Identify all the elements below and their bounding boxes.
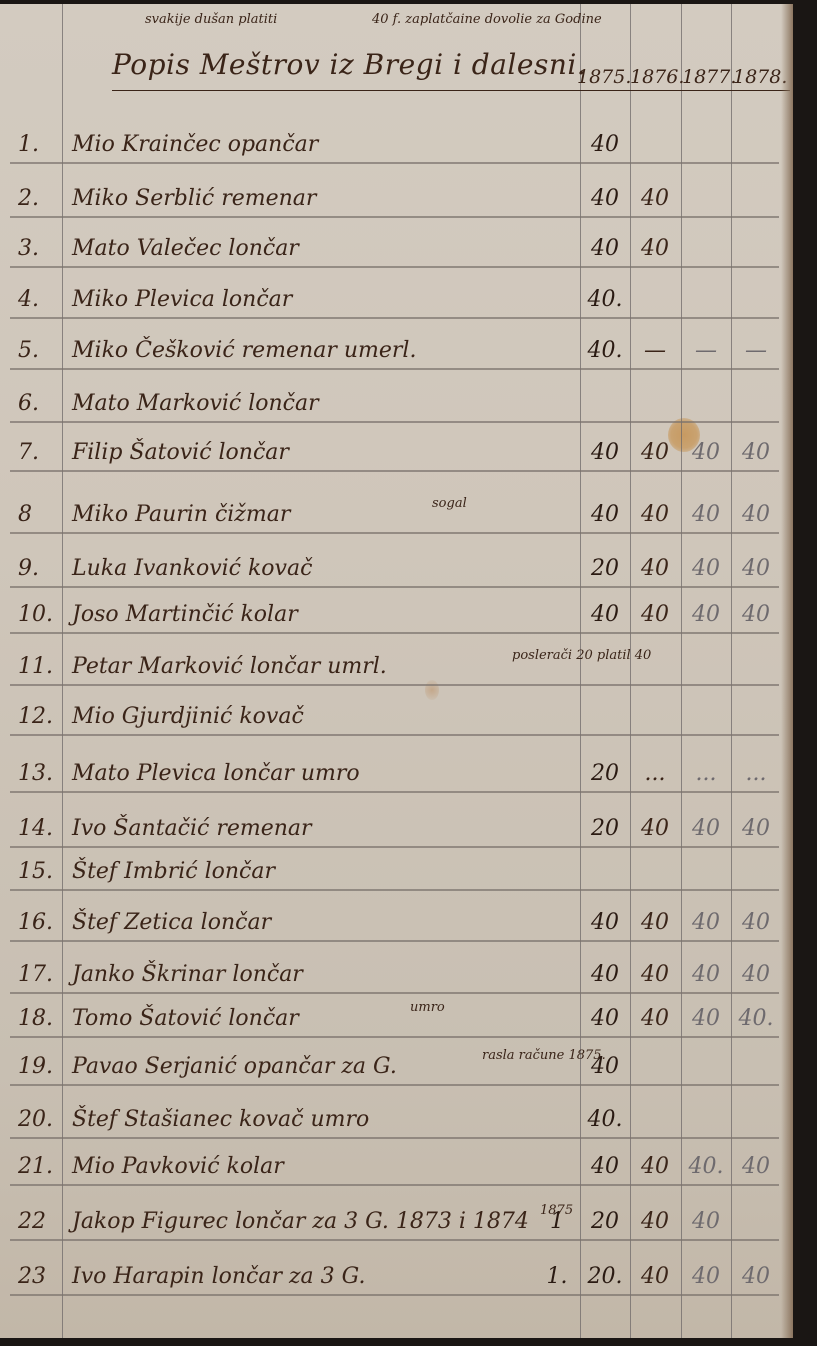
- amount-1878: 40: [732, 962, 780, 987]
- row-number: 23: [18, 1264, 60, 1289]
- amount-1876: 40: [631, 910, 679, 935]
- amount-1878: 40: [732, 502, 780, 527]
- amount-1876: 40: [631, 236, 679, 261]
- year-1878: 1878.: [733, 66, 787, 88]
- amount-1875: 40.: [581, 287, 629, 312]
- amount-1877: 40: [682, 556, 730, 581]
- amount-1875: 20: [581, 1209, 629, 1234]
- row-rule: [10, 586, 779, 588]
- amount-1875: 20.: [581, 1264, 629, 1289]
- amount-1875: 40: [581, 132, 629, 157]
- row-rule: [10, 684, 779, 686]
- row-rule: [10, 216, 779, 218]
- amount-1876: 40: [631, 1006, 679, 1031]
- row-entry-text: Joso Martinčić kolar: [72, 602, 298, 627]
- amount-1875: 40: [581, 1154, 629, 1179]
- row-entry-text: Mio Krainčec opančar: [72, 132, 318, 157]
- amount-1875: 40: [581, 602, 629, 627]
- row-entry-text: Pavao Serjanić opančar za G.: [72, 1054, 397, 1079]
- amount-1876: 40: [631, 440, 679, 465]
- amount-1878: 40: [732, 1264, 780, 1289]
- amount-1877: 40: [682, 910, 730, 935]
- row-number: 3.: [18, 236, 60, 261]
- header-note-left: svakije dušan platiti: [145, 12, 277, 27]
- amount-1878: 40: [732, 910, 780, 935]
- amount-1875: 40.: [581, 1107, 629, 1132]
- row-number: 22: [18, 1209, 60, 1234]
- row-rule: [10, 734, 779, 736]
- amount-1876: 40: [631, 186, 679, 211]
- pre-amount: 1.: [542, 1264, 572, 1289]
- amount-1875: 40: [581, 502, 629, 527]
- amount-1876: 40: [631, 1264, 679, 1289]
- row-number: 10.: [18, 602, 60, 627]
- row-rule: [10, 940, 779, 942]
- amount-1877: —: [682, 338, 730, 363]
- row-entry-text: Petar Marković lončar umrl.: [72, 654, 387, 679]
- ledger-page: svakije dušan platiti 40 f. zaplatčaine …: [0, 4, 793, 1338]
- amount-1876: 40: [631, 1209, 679, 1234]
- row-rule: [10, 266, 779, 268]
- amount-1878: 40: [732, 816, 780, 841]
- row-rule: [10, 421, 779, 423]
- row-number: 12.: [18, 704, 60, 729]
- row-number: 8: [18, 502, 60, 527]
- amount-1876: 40: [631, 502, 679, 527]
- row-rule: [10, 317, 779, 319]
- row-number: 11.: [18, 654, 60, 679]
- amount-1875: 40: [581, 1054, 629, 1079]
- amount-1877: 40.: [682, 1154, 730, 1179]
- amount-1878: 40: [732, 440, 780, 465]
- row-number: 6.: [18, 391, 60, 416]
- amount-1877: ...: [682, 761, 730, 786]
- amount-1875: 20: [581, 556, 629, 581]
- row-number: 2.: [18, 186, 60, 211]
- header-note-right: 40 f. zaplatčaine dovolie za Godine: [372, 12, 602, 27]
- amount-1876: 40: [631, 602, 679, 627]
- amount-1875: 40: [581, 236, 629, 261]
- row-entry-text: Mato Valečec lončar: [72, 236, 299, 261]
- row-rule: [10, 632, 779, 634]
- amount-1875: 20: [581, 761, 629, 786]
- row-rule: [10, 992, 779, 994]
- row-rule: [10, 1036, 779, 1038]
- amount-1877: 40: [682, 816, 730, 841]
- row-number: 19.: [18, 1054, 60, 1079]
- row-number: 16.: [18, 910, 60, 935]
- row-number: 21.: [18, 1154, 60, 1179]
- row-number: 20.: [18, 1107, 60, 1132]
- amount-1876: ...: [631, 761, 679, 786]
- row-entry-text: Mio Pavković kolar: [72, 1154, 284, 1179]
- amount-1878: 40: [732, 1154, 780, 1179]
- row-entry-text: Filip Šatović lončar: [72, 440, 289, 465]
- row-entry-text: Miko Serblić remenar: [72, 186, 316, 211]
- amount-1875: 40: [581, 186, 629, 211]
- row-rule: [10, 532, 779, 534]
- row-entry-text: Štef Zetica lončar: [72, 910, 271, 935]
- amount-1878: 40.: [732, 1006, 780, 1031]
- row-annotation: umro: [410, 1000, 445, 1015]
- amount-1875: 40.: [581, 338, 629, 363]
- row-entry-text: Janko Škrinar lončar: [72, 962, 303, 987]
- row-rule: [10, 846, 779, 848]
- row-entry-text: Ivo Šantačić remenar: [72, 816, 312, 841]
- pre-amount: 1: [542, 1209, 572, 1234]
- amount-1877: 40: [682, 440, 730, 465]
- row-number: 7.: [18, 440, 60, 465]
- row-rule: [10, 791, 779, 793]
- amount-1875: 40: [581, 962, 629, 987]
- row-annotation: sogal: [432, 496, 467, 511]
- row-rule: [10, 162, 779, 164]
- year-1877: 1877.: [682, 66, 736, 88]
- amount-1877: 40: [682, 502, 730, 527]
- row-number: 14.: [18, 816, 60, 841]
- row-number: 17.: [18, 962, 60, 987]
- amount-1875: 20: [581, 816, 629, 841]
- row-entry-text: Tomo Šatović lončar: [72, 1006, 299, 1031]
- amount-1877: 40: [682, 1209, 730, 1234]
- amount-1877: 40: [682, 962, 730, 987]
- row-number: 13.: [18, 761, 60, 786]
- row-rule: [10, 1184, 779, 1186]
- row-number: 5.: [18, 338, 60, 363]
- row-entry-text: Miko Češković remenar umerl.: [72, 338, 416, 363]
- year-1876: 1876.: [630, 66, 684, 88]
- amount-1877: 40: [682, 1006, 730, 1031]
- row-rule: [10, 889, 779, 891]
- row-entry-text: Štef Stašianec kovač umro: [72, 1107, 369, 1132]
- title-underline: [112, 90, 790, 91]
- amount-1876: 40: [631, 556, 679, 581]
- row-rule: [10, 470, 779, 472]
- row-rule: [10, 1137, 779, 1139]
- row-number: 18.: [18, 1006, 60, 1031]
- amount-1878: 40: [732, 602, 780, 627]
- row-rule: [10, 1239, 779, 1241]
- row-number: 1.: [18, 132, 60, 157]
- amount-1876: —: [631, 338, 679, 363]
- amount-1875: 40: [581, 440, 629, 465]
- amount-1876: 40: [631, 1154, 679, 1179]
- row-rule: [10, 368, 779, 370]
- row-entry-text: Luka Ivanković kovač: [72, 556, 312, 581]
- amount-1875: 40: [581, 910, 629, 935]
- row-rule: [10, 1084, 779, 1086]
- row-rule: [10, 1294, 779, 1296]
- year-1875: 1875.: [577, 66, 631, 88]
- row-entry-text: Mio Gjurdjinić kovač: [72, 704, 304, 729]
- row-entry-text: Miko Paurin čižmar: [72, 502, 290, 527]
- amount-1877: 40: [682, 1264, 730, 1289]
- paper-stain: [425, 680, 439, 700]
- row-number: 9.: [18, 556, 60, 581]
- amount-1875: 40: [581, 1006, 629, 1031]
- row-entry-text: Štef Imbrić lončar: [72, 859, 275, 884]
- amount-1876: 40: [631, 816, 679, 841]
- amount-1877: 40: [682, 602, 730, 627]
- row-entry-text: Jakop Figurec lončar za 3 G. 1873 i 1874: [72, 1209, 529, 1234]
- page-title: Popis Meštrov iz Bregi i dalesni.: [112, 48, 586, 81]
- row-entry-text: Mato Plevica lončar umro: [72, 761, 360, 786]
- row-entry-text: Mato Marković lončar: [72, 391, 319, 416]
- amount-1876: 40: [631, 962, 679, 987]
- row-entry-text: Miko Plevica lončar: [72, 287, 292, 312]
- row-entry-text: Ivo Harapin lončar za 3 G.: [72, 1264, 365, 1289]
- amount-1878: ...: [732, 761, 780, 786]
- amount-1878: 40: [732, 556, 780, 581]
- amount-1878: —: [732, 338, 780, 363]
- row-number: 15.: [18, 859, 60, 884]
- row-annotation: poslerači 20 platil 40: [512, 648, 651, 663]
- row-number: 4.: [18, 287, 60, 312]
